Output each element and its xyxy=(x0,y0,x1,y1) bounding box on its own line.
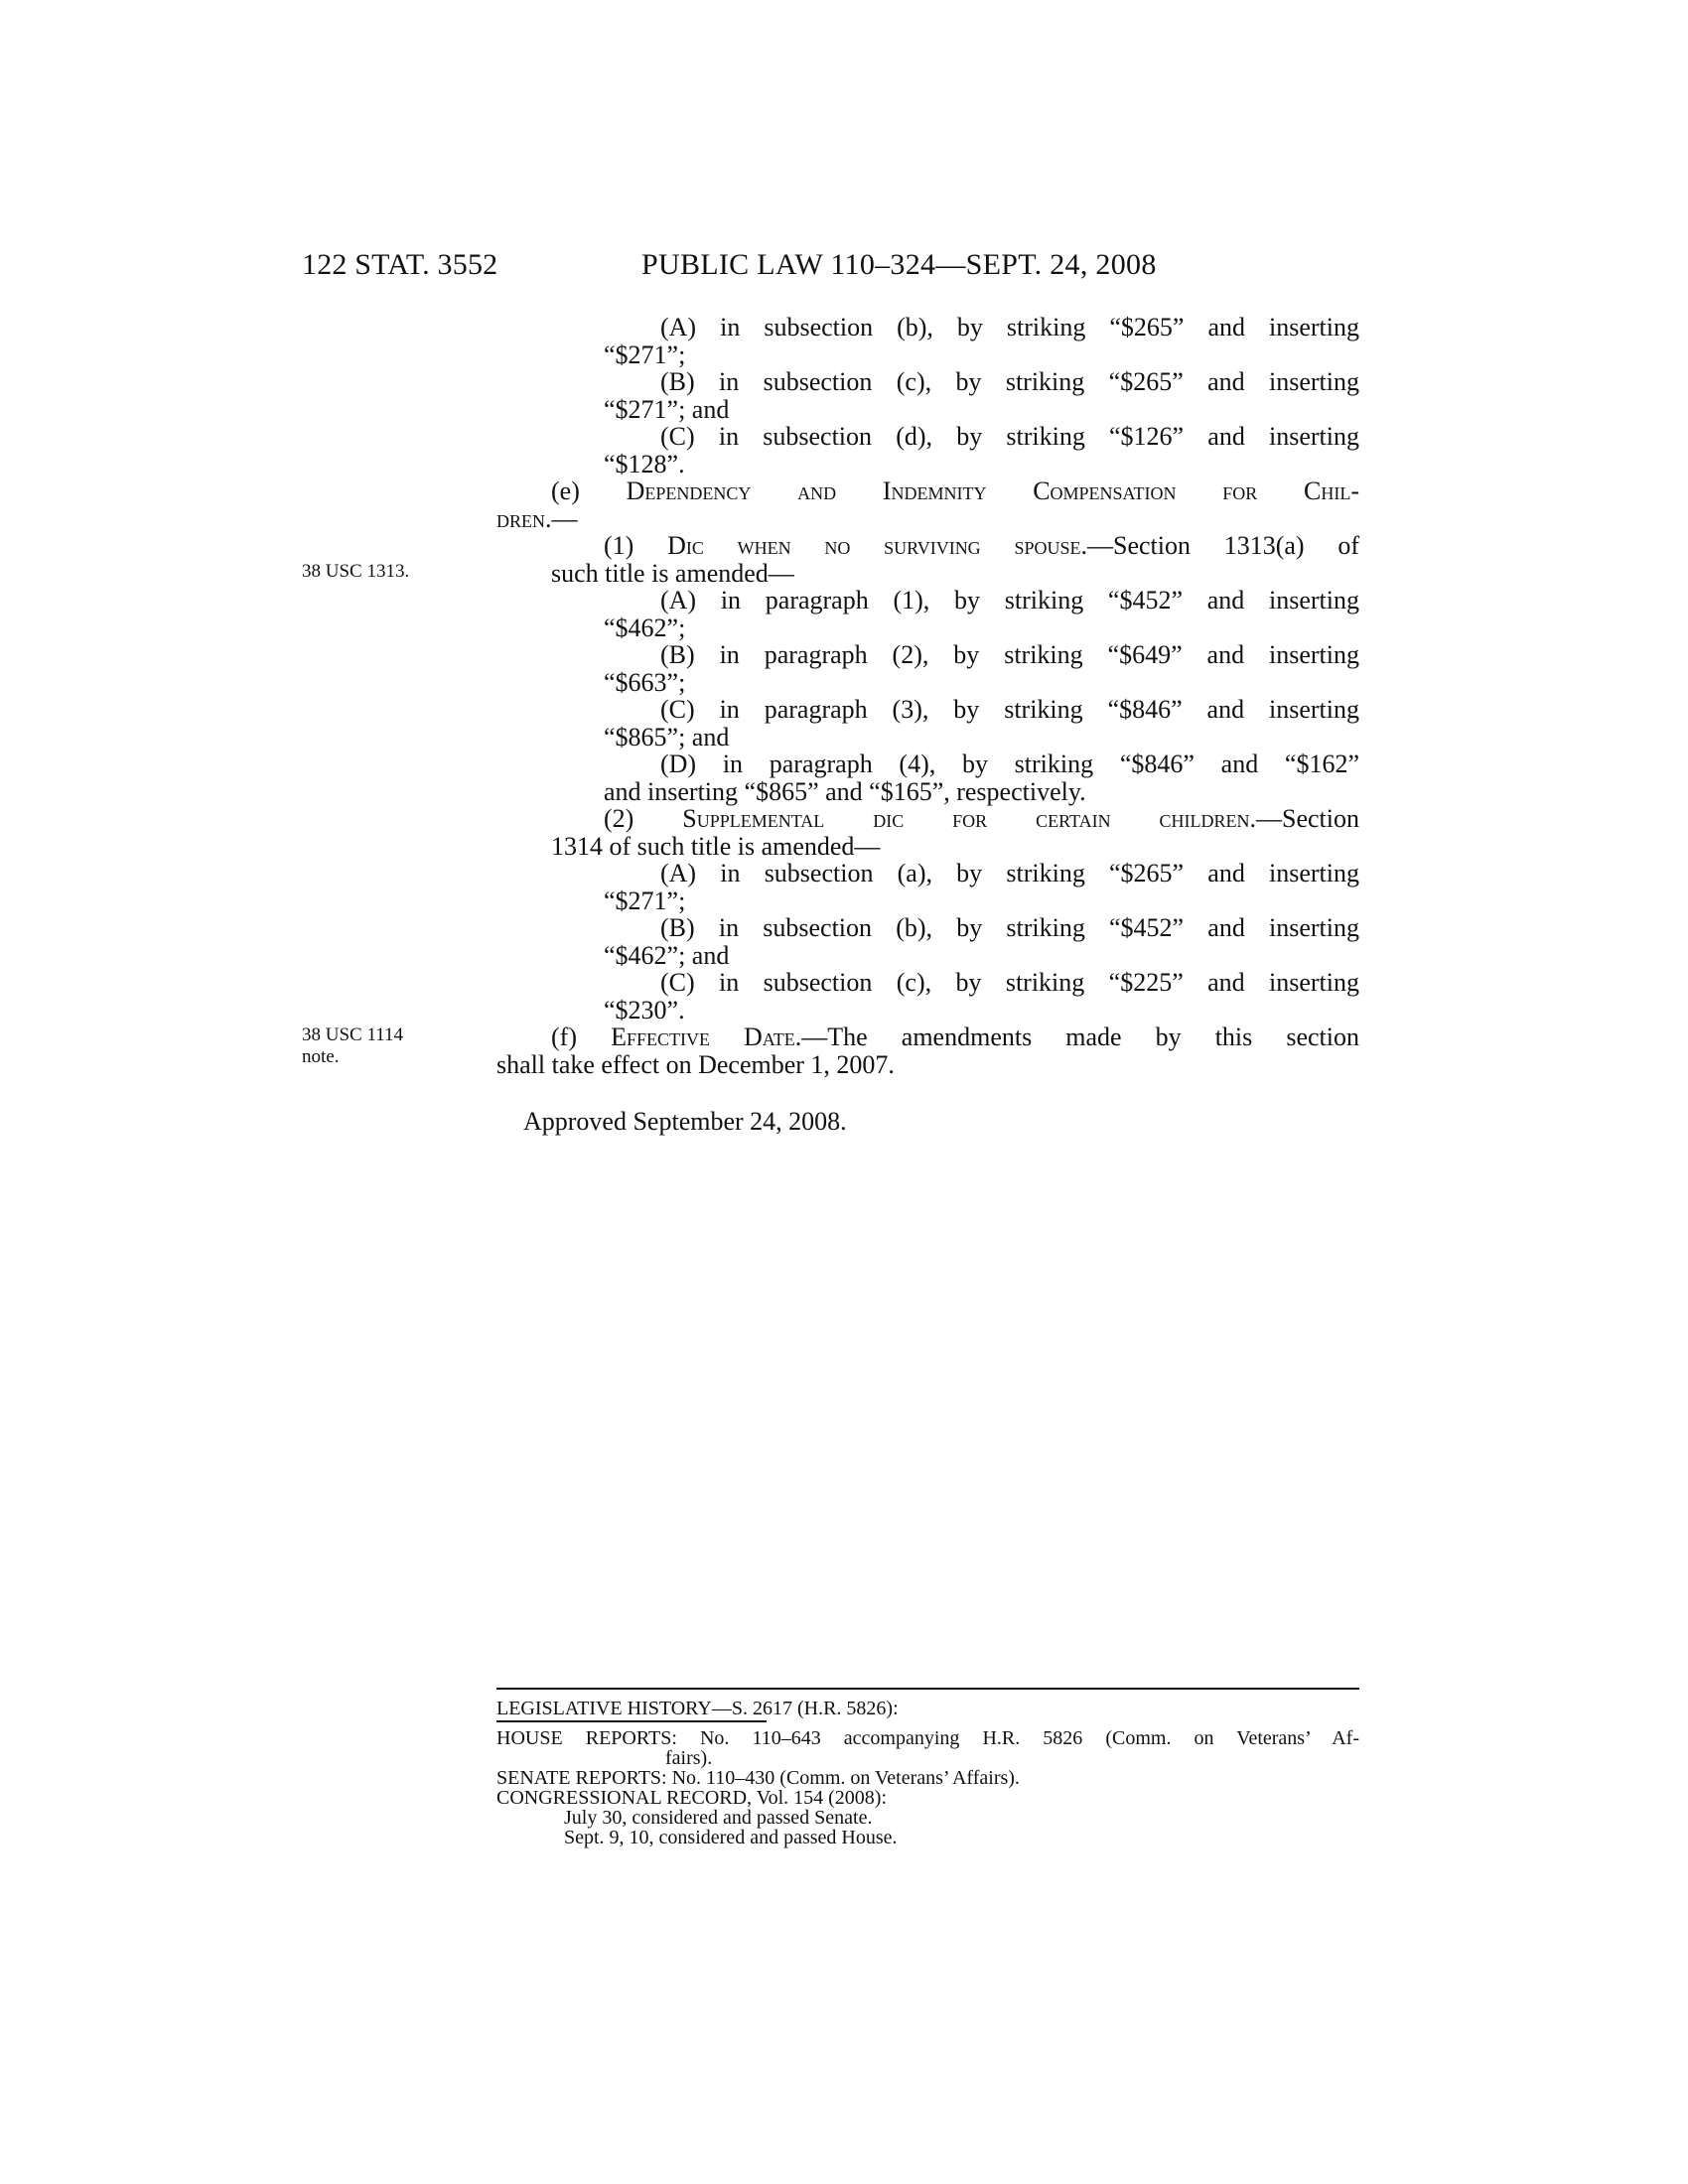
subsection-f-label: (f) xyxy=(551,1023,577,1051)
paragraph-1-heading: (1) Dic when no surviving spouse.—Sectio… xyxy=(496,532,1359,560)
statute-body: (A) in subsection (b), by striking “$265… xyxy=(496,314,1359,1078)
item-1-C-cont: “$865”; and xyxy=(496,724,1359,751)
item-d-B: (B) in subsection (c), by striking “$265… xyxy=(496,368,1359,396)
subsection-e-title-cont: dren.— xyxy=(496,505,1359,533)
item-1-B-cont: “$663”; xyxy=(496,669,1359,697)
subsection-e-label: (e) xyxy=(551,477,580,505)
item-d-A-cont: “$271”; xyxy=(496,341,1359,369)
item-2-A: (A) in subsection (a), by striking “$265… xyxy=(496,860,1359,887)
item-d-B-cont: “$271”; and xyxy=(496,396,1359,424)
item-2-A-cont: “$271”; xyxy=(496,887,1359,915)
item-2-B: (B) in subsection (b), by striking “$452… xyxy=(496,914,1359,942)
item-1-D-cont: and inserting “$865” and “$165”, respect… xyxy=(496,778,1359,806)
item-2-C: (C) in subsection (c), by striking “$225… xyxy=(496,969,1359,997)
subsection-f-title: Effective Date. xyxy=(611,1023,801,1051)
heading-underline xyxy=(496,1720,767,1722)
item-2-C-cont: “$230”. xyxy=(496,997,1359,1024)
paragraph-2-cont: 1314 of such title is amended— xyxy=(496,833,1359,861)
item-d-A: (A) in subsection (b), by striking “$265… xyxy=(496,314,1359,341)
footer-rule xyxy=(496,1688,1359,1690)
house-reports-cont: fairs). xyxy=(496,1748,1359,1768)
legislative-history-heading-text: LEGISLATIVE HISTORY—S. 2617 (H.R. 5826): xyxy=(496,1698,899,1719)
house-reports: HOUSE REPORTS: No. 110–643 accompanying … xyxy=(496,1728,1359,1748)
paragraph-1-title: Dic when no surviving spouse. xyxy=(667,531,1087,560)
legislative-history-heading: LEGISLATIVE HISTORY—S. 2617 (H.R. 5826): xyxy=(496,1698,899,1722)
subsection-f-heading: (f) Effective Date.—The amendments made … xyxy=(496,1024,1359,1051)
paragraph-2-lead: —Section xyxy=(1256,804,1359,833)
margin-note-38-usc-1114: 38 USC 1114 note. xyxy=(302,1024,403,1068)
record-item: Sept. 9, 10, considered and passed House… xyxy=(496,1828,1359,1847)
page-title: PUBLIC LAW 110–324—SEPT. 24, 2008 xyxy=(641,248,1157,282)
stat-reference: 122 STAT. 3552 xyxy=(302,248,497,282)
item-1-D: (D) in paragraph (4), by striking “$846”… xyxy=(496,751,1359,778)
margin-note-line: 38 USC 1114 xyxy=(302,1024,403,1046)
paragraph-2-heading: (2) Supplemental dic for certain childre… xyxy=(496,805,1359,833)
subsection-f-cont: shall take effect on December 1, 2007. xyxy=(496,1051,1359,1079)
item-d-C-cont: “$128”. xyxy=(496,451,1359,478)
approval-line: Approved September 24, 2008. xyxy=(523,1107,847,1137)
subsection-e-heading: (e) Dependency and Indemnity Compensatio… xyxy=(496,478,1359,505)
subsection-e-title: Dependency and Indemnity Compensation fo… xyxy=(627,477,1359,505)
item-1-C: (C) in paragraph (3), by striking “$846”… xyxy=(496,696,1359,724)
document-page: 122 STAT. 3552 PUBLIC LAW 110–324—SEPT. … xyxy=(0,0,1688,2184)
item-1-A-cont: “$462”; xyxy=(496,614,1359,642)
congressional-record: CONGRESSIONAL RECORD, Vol. 154 (2008): xyxy=(496,1788,1359,1808)
record-item: July 30, considered and passed Senate. xyxy=(496,1808,1359,1828)
item-1-A: (A) in paragraph (1), by striking “$452”… xyxy=(496,587,1359,614)
item-d-C: (C) in subsection (d), by striking “$126… xyxy=(496,423,1359,451)
paragraph-2-title: Supplemental dic for certain children. xyxy=(682,804,1256,833)
paragraph-1-cont: such title is amended— xyxy=(496,560,1359,588)
subsection-f-lead: —The amendments made by this section xyxy=(801,1023,1359,1051)
paragraph-2-label: (2) xyxy=(604,804,633,833)
item-1-B: (B) in paragraph (2), by striking “$649”… xyxy=(496,641,1359,669)
item-2-B-cont: “$462”; and xyxy=(496,942,1359,970)
paragraph-1-lead: —Section 1313(a) of xyxy=(1087,531,1359,560)
senate-reports: SENATE REPORTS: No. 110–430 (Comm. on Ve… xyxy=(496,1768,1359,1788)
margin-note-38-usc-1313: 38 USC 1313. xyxy=(302,561,409,583)
paragraph-1-label: (1) xyxy=(604,531,633,560)
margin-note-line: note. xyxy=(302,1046,403,1068)
legislative-history: LEGISLATIVE HISTORY—S. 2617 (H.R. 5826):… xyxy=(496,1688,1359,1847)
